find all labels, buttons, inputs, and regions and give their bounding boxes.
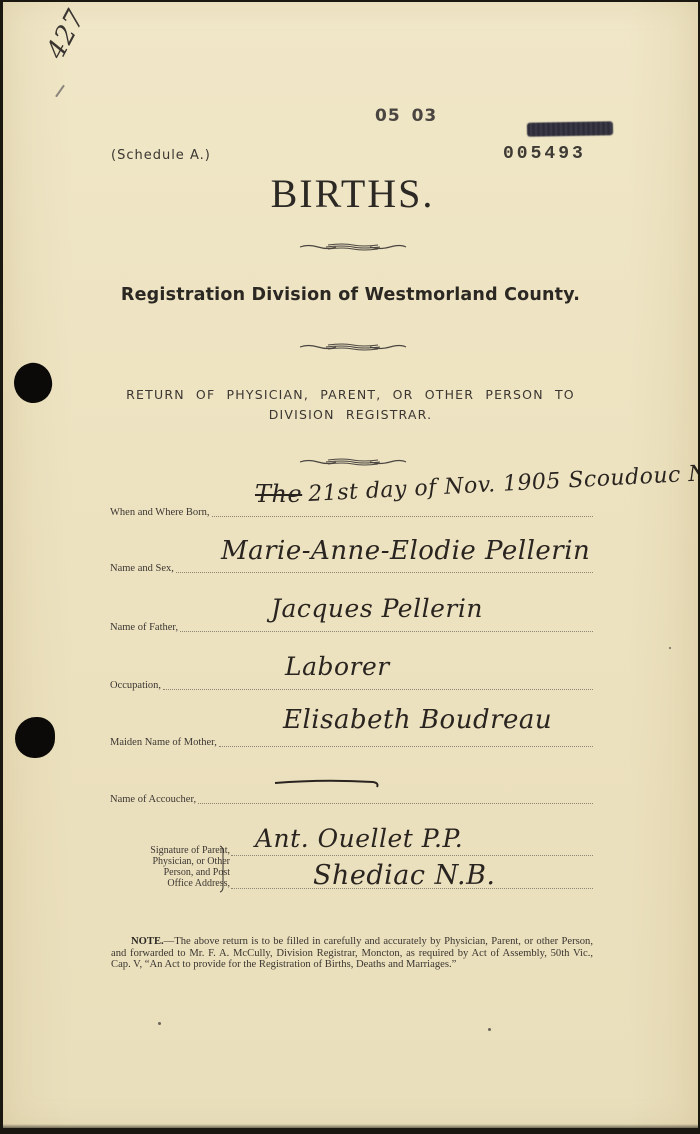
dotted-line	[176, 572, 593, 573]
dotted-line	[180, 631, 593, 632]
paper-speck	[158, 1022, 161, 1025]
serial-number: 005493	[503, 144, 586, 164]
ornament-divider-icon	[298, 242, 408, 252]
page-title: BIRTHS.	[3, 170, 698, 217]
dotted-line	[198, 803, 593, 804]
return-heading-line1: RETURN OF PHYSICIAN, PARENT, OR OTHER PE…	[3, 385, 698, 405]
paper-edge	[3, 1124, 698, 1128]
field-label: Name and Sex,	[110, 563, 174, 575]
paper-speck	[669, 647, 671, 649]
handwritten-child-name: Marie-Anne-Elodie Pellerin	[221, 536, 590, 566]
handwritten-mother-name: Elisabeth Boudreau	[283, 705, 552, 735]
field-label: Name of Father,	[110, 622, 178, 634]
paper-speck	[488, 1028, 491, 1031]
note-lead: NOTE.	[131, 936, 164, 947]
legal-note: NOTE.—The above return is to be filled i…	[111, 936, 593, 971]
schedule-label: (Schedule A.)	[111, 148, 211, 163]
corner-annotation: 427	[41, 5, 91, 64]
birth-registration-form: 427 05 03 005493 (Schedule A.) BIRTHS. R…	[3, 2, 698, 1128]
handwritten-father-name: Jacques Pellerin	[271, 594, 483, 623]
field-label: Maiden Name of Mother,	[110, 737, 217, 749]
division-heading: Registration Division of Westmorland Cou…	[3, 285, 698, 305]
handwritten-dash	[273, 778, 383, 790]
redacted-number	[527, 121, 613, 136]
return-heading-line2: DIVISION REGISTRAR.	[3, 405, 698, 425]
handwritten-occupation: Laborer	[285, 652, 390, 681]
dotted-line	[212, 516, 593, 517]
punch-hole	[15, 717, 55, 758]
field-label: When and Where Born,	[110, 507, 210, 519]
dotted-line	[219, 746, 593, 747]
return-heading: RETURN OF PHYSICIAN, PARENT, OR OTHER PE…	[3, 385, 698, 425]
field-label: Name of Accoucher,	[110, 794, 196, 806]
ornament-divider-icon	[298, 342, 408, 352]
handwritten-signature: Ant. Ouellet P.P.	[255, 824, 463, 853]
note-text: —The above return is to be filled in car…	[111, 936, 593, 970]
handwritten-address: Shediac N.B.	[313, 860, 496, 891]
pencil-mark	[55, 85, 65, 98]
field-label: Occupation,	[110, 680, 161, 692]
signature-label: Signature of Parent, Physician, or Other…	[110, 845, 230, 889]
bracket-icon	[219, 845, 227, 893]
ornament-divider-icon	[298, 457, 408, 467]
struck-text: The	[255, 480, 302, 508]
stamp-code: 05 03	[375, 106, 437, 126]
dotted-line	[163, 689, 593, 690]
dotted-line	[231, 855, 593, 856]
